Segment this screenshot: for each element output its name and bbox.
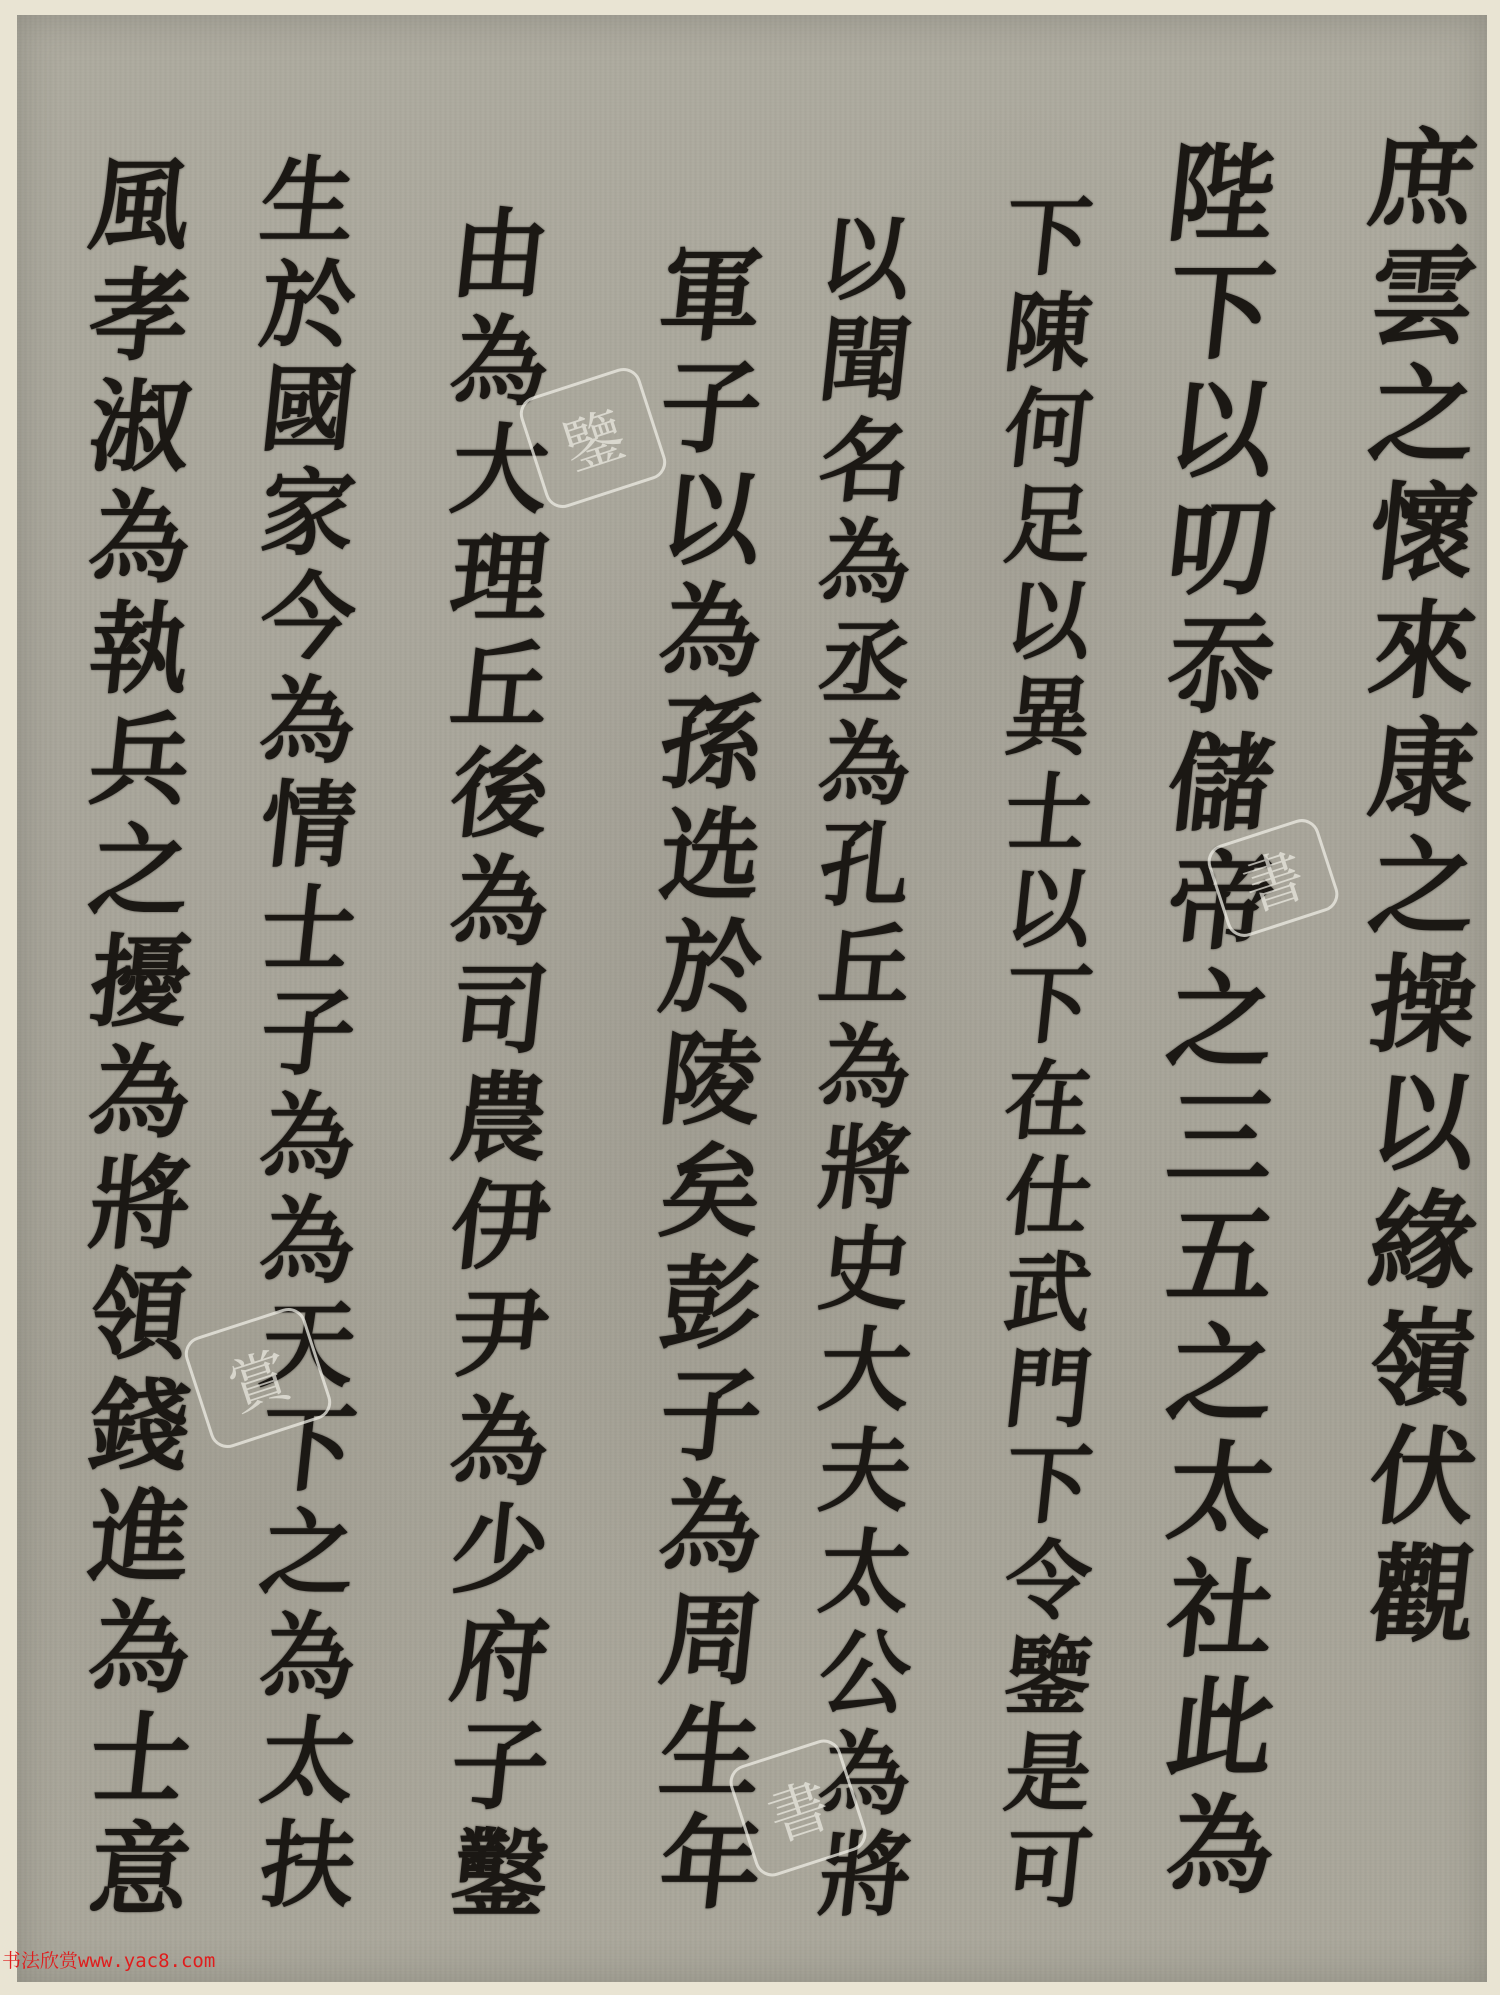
calligraphy-character: 丘 bbox=[785, 917, 946, 1018]
calligraphy-character: 下 bbox=[968, 190, 1128, 286]
calligraphy-character: 為 bbox=[59, 1038, 221, 1149]
calligraphy-character: 彭 bbox=[630, 1248, 792, 1360]
calligraphy-character: 孔 bbox=[785, 816, 946, 917]
calligraphy-character: 來 bbox=[1342, 592, 1500, 710]
calligraphy-character: 下 bbox=[968, 958, 1128, 1054]
calligraphy-character: 觀 bbox=[1342, 1536, 1500, 1654]
calligraphy-character: 史 bbox=[785, 1220, 946, 1321]
calligraphy-character: 太 bbox=[785, 1523, 946, 1624]
calligraphy-character: 何 bbox=[968, 382, 1128, 478]
calligraphy-character: 操 bbox=[1342, 946, 1500, 1064]
calligraphy-character: 以 bbox=[968, 862, 1128, 958]
calligraphy-character: 為 bbox=[785, 513, 946, 614]
calligraphy-character: 意 bbox=[59, 1815, 221, 1926]
calligraphy-character: 為 bbox=[59, 1593, 221, 1704]
calligraphy-character: 之 bbox=[228, 1502, 389, 1606]
calligraphy-character: 家 bbox=[228, 462, 389, 566]
calligraphy-character: 為 bbox=[228, 1606, 389, 1710]
calligraphy-character: 康 bbox=[1342, 710, 1500, 828]
calligraphy-character: 進 bbox=[59, 1482, 221, 1593]
calligraphy-character: 是 bbox=[968, 1726, 1128, 1822]
calligraphy-character: 周 bbox=[630, 1584, 792, 1696]
calligraphy-character: 情 bbox=[228, 774, 389, 878]
calligraphy-character: 士 bbox=[59, 1704, 221, 1815]
calligraphy-character: 理 bbox=[419, 524, 580, 632]
calligraphy-character: 可 bbox=[968, 1822, 1128, 1918]
calligraphy-character: 後 bbox=[419, 740, 580, 848]
calligraphy-character: 為 bbox=[785, 1018, 946, 1119]
calligraphy-character: 將 bbox=[785, 1119, 946, 1220]
calligraphy-character: 為 bbox=[630, 1472, 792, 1584]
calligraphy-character: 為 bbox=[59, 483, 221, 594]
calligraphy-character: 陛 bbox=[1140, 135, 1302, 253]
calligraphy-character: 農 bbox=[419, 1064, 580, 1172]
calligraphy-character: 今 bbox=[228, 566, 389, 670]
calligraphy-character: 為 bbox=[785, 715, 946, 816]
calligraphy-character: 司 bbox=[419, 956, 580, 1064]
calligraphy-character: 足 bbox=[968, 478, 1128, 574]
calligraphy-character: 丘 bbox=[419, 632, 580, 740]
calligraphy-character: 令 bbox=[968, 1534, 1128, 1630]
text-column: 生於國家今為情士子為為天下之為太扶 bbox=[233, 150, 383, 1918]
calligraphy-character: 擾 bbox=[59, 927, 221, 1038]
calligraphy-character: 將 bbox=[59, 1149, 221, 1260]
calligraphy-character: 之 bbox=[1140, 961, 1302, 1079]
calligraphy-character: 庶 bbox=[1342, 120, 1500, 238]
calligraphy-character: 以 bbox=[1342, 1064, 1500, 1182]
calligraphy-character: 尹 bbox=[419, 1280, 580, 1388]
calligraphy-character: 淑 bbox=[59, 372, 221, 483]
text-column: 軍子以為孫选於陵矣彭子為周生年 bbox=[636, 240, 786, 1920]
calligraphy-character: 下 bbox=[968, 1438, 1128, 1534]
calligraphy-character: 於 bbox=[630, 912, 792, 1024]
calligraphy-character: 陳 bbox=[968, 286, 1128, 382]
calligraphy-character: 之 bbox=[1342, 828, 1500, 946]
calligraphy-character: 鑿 bbox=[419, 1820, 580, 1928]
calligraphy-character: 異 bbox=[968, 670, 1128, 766]
calligraphy-character: 以 bbox=[630, 464, 792, 576]
calligraphy-character: 丞 bbox=[785, 614, 946, 715]
calligraphy-character: 武 bbox=[968, 1246, 1128, 1342]
calligraphy-character: 子 bbox=[630, 1360, 792, 1472]
calligraphy-character: 緣 bbox=[1342, 1182, 1500, 1300]
calligraphy-character: 公 bbox=[785, 1624, 946, 1725]
calligraphy-character: 下 bbox=[1140, 253, 1302, 371]
calligraphy-character: 之 bbox=[1342, 356, 1500, 474]
calligraphy-character: 此 bbox=[1140, 1669, 1302, 1787]
calligraphy-character: 孝 bbox=[59, 261, 221, 372]
calligraphy-character: 名 bbox=[785, 412, 946, 513]
calligraphy-character: 忝 bbox=[1140, 607, 1302, 725]
calligraphy-character: 為 bbox=[419, 1388, 580, 1496]
calligraphy-character: 扶 bbox=[228, 1814, 389, 1918]
calligraphy-character: 叨 bbox=[1140, 489, 1302, 607]
text-column: 以聞名為丞為孔丘為將史大夫太公為將 bbox=[790, 210, 940, 1927]
calligraphy-character: 為 bbox=[630, 576, 792, 688]
calligraphy-character: 執 bbox=[59, 594, 221, 705]
calligraphy-character: 風 bbox=[59, 150, 221, 261]
calligraphy-character: 太 bbox=[1140, 1433, 1302, 1551]
text-column: 陛下以叨忝儲帝之三五之太社此為 bbox=[1146, 135, 1296, 1905]
calligraphy-character: 由 bbox=[419, 200, 580, 308]
calligraphy-character: 子 bbox=[228, 982, 389, 1086]
calligraphy-character: 太 bbox=[228, 1710, 389, 1814]
calligraphy-character: 嶺 bbox=[1342, 1300, 1500, 1418]
calligraphy-character: 在 bbox=[968, 1054, 1128, 1150]
calligraphy-character: 之 bbox=[1140, 1315, 1302, 1433]
calligraphy-character: 子 bbox=[419, 1712, 580, 1820]
calligraphy-character: 三 bbox=[1140, 1079, 1302, 1197]
calligraphy-character: 為 bbox=[1140, 1787, 1302, 1905]
text-column: 下陳何足以異士以下在仕武門下令鑒是可 bbox=[973, 190, 1123, 1918]
calligraphy-character: 仕 bbox=[968, 1150, 1128, 1246]
calligraphy-character: 之 bbox=[59, 816, 221, 927]
calligraphy-character: 兵 bbox=[59, 705, 221, 816]
calligraphy-character: 於 bbox=[228, 254, 389, 358]
calligraphy-character: 雲 bbox=[1342, 238, 1500, 356]
calligraphy-character: 懷 bbox=[1342, 474, 1500, 592]
calligraphy-character: 夫 bbox=[785, 1422, 946, 1523]
calligraphy-character: 為 bbox=[228, 1086, 389, 1190]
calligraphy-character: 矣 bbox=[630, 1136, 792, 1248]
calligraphy-character: 士 bbox=[228, 878, 389, 982]
calligraphy-character: 聞 bbox=[785, 311, 946, 412]
calligraphy-character: 大 bbox=[785, 1321, 946, 1422]
calligraphy-character: 五 bbox=[1140, 1197, 1302, 1315]
calligraphy-character: 生 bbox=[228, 150, 389, 254]
calligraphy-character: 府 bbox=[419, 1604, 580, 1712]
calligraphy-character: 伊 bbox=[419, 1172, 580, 1280]
calligraphy-character: 伏 bbox=[1342, 1418, 1500, 1536]
calligraphy-character: 社 bbox=[1140, 1551, 1302, 1669]
calligraphy-character: 國 bbox=[228, 358, 389, 462]
calligraphy-character: 以 bbox=[1140, 371, 1302, 489]
site-watermark: 书法欣赏www.yac8.com bbox=[2, 1946, 215, 1973]
calligraphy-character: 少 bbox=[419, 1496, 580, 1604]
calligraphy-character: 陵 bbox=[630, 1024, 792, 1136]
calligraphy-character: 选 bbox=[630, 800, 792, 912]
calligraphy-character: 孫 bbox=[630, 688, 792, 800]
calligraphy-character: 為 bbox=[228, 670, 389, 774]
calligraphy-character: 為 bbox=[419, 848, 580, 956]
calligraphy-character: 鑒 bbox=[968, 1630, 1128, 1726]
calligraphy-character: 為 bbox=[228, 1190, 389, 1294]
text-column: 風孝淑為執兵之擾為將領錢進為士意 bbox=[65, 150, 215, 1926]
calligraphy-character: 以 bbox=[785, 210, 946, 311]
calligraphy-character: 門 bbox=[968, 1342, 1128, 1438]
calligraphy-character: 士 bbox=[968, 766, 1128, 862]
calligraphy-character: 軍 bbox=[630, 240, 792, 352]
calligraphy-character: 以 bbox=[968, 574, 1128, 670]
text-column: 庶雲之懷來康之操以緣嶺伏觀 bbox=[1348, 120, 1498, 1654]
